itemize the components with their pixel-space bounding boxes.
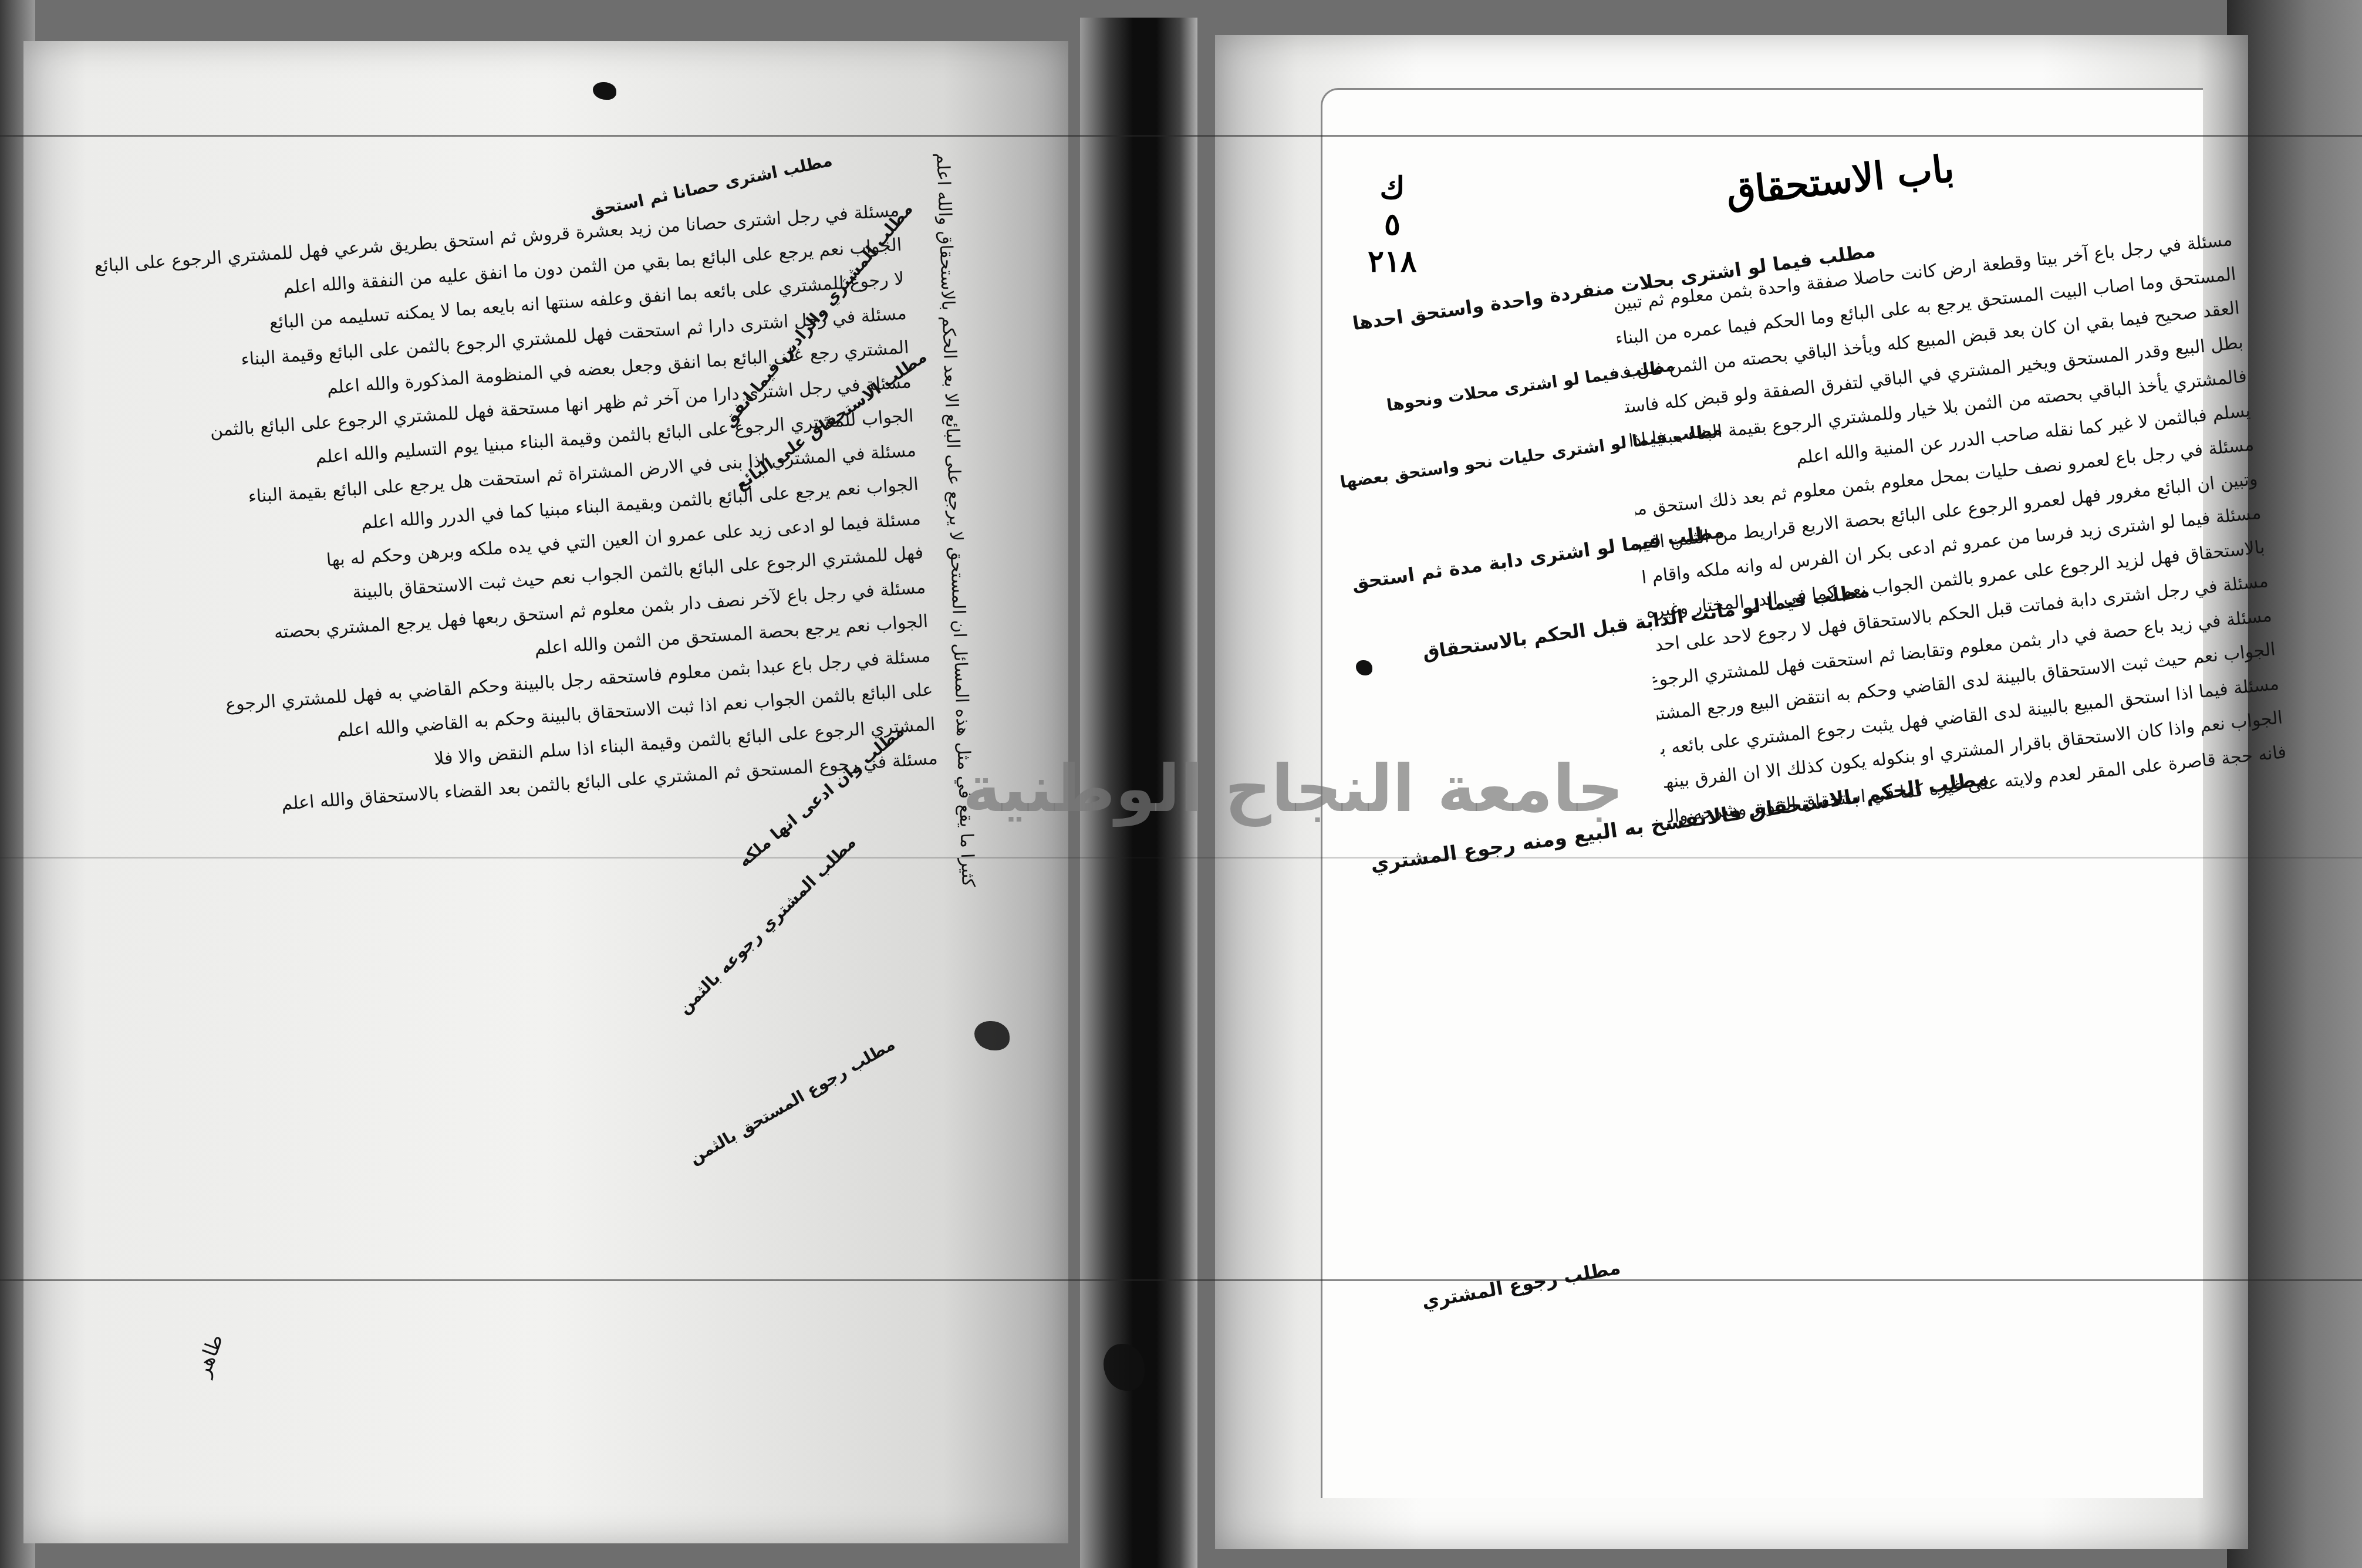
scan-line	[0, 135, 2362, 137]
left-page-body: مسئلة في رجل اشترى حصانا من زيد بعشرة قر…	[66, 194, 939, 834]
folio-mark-kaf: ك	[1368, 170, 1417, 207]
scan-line	[0, 1279, 2362, 1281]
folio-mark-five: ٥	[1368, 207, 1417, 243]
manuscript-scan: ك ٥ ٢١٨ باب الاستحقاق مسئلة في رجل باع آ…	[0, 0, 2362, 1568]
folio-page-number: ٢١٨	[1368, 244, 1417, 280]
scan-line	[0, 857, 2362, 859]
ink-stain	[1356, 660, 1372, 675]
library-watermark: جامعة النجاح الوطنية	[963, 751, 1624, 826]
folio-number: ك ٥ ٢١٨	[1368, 170, 1417, 280]
